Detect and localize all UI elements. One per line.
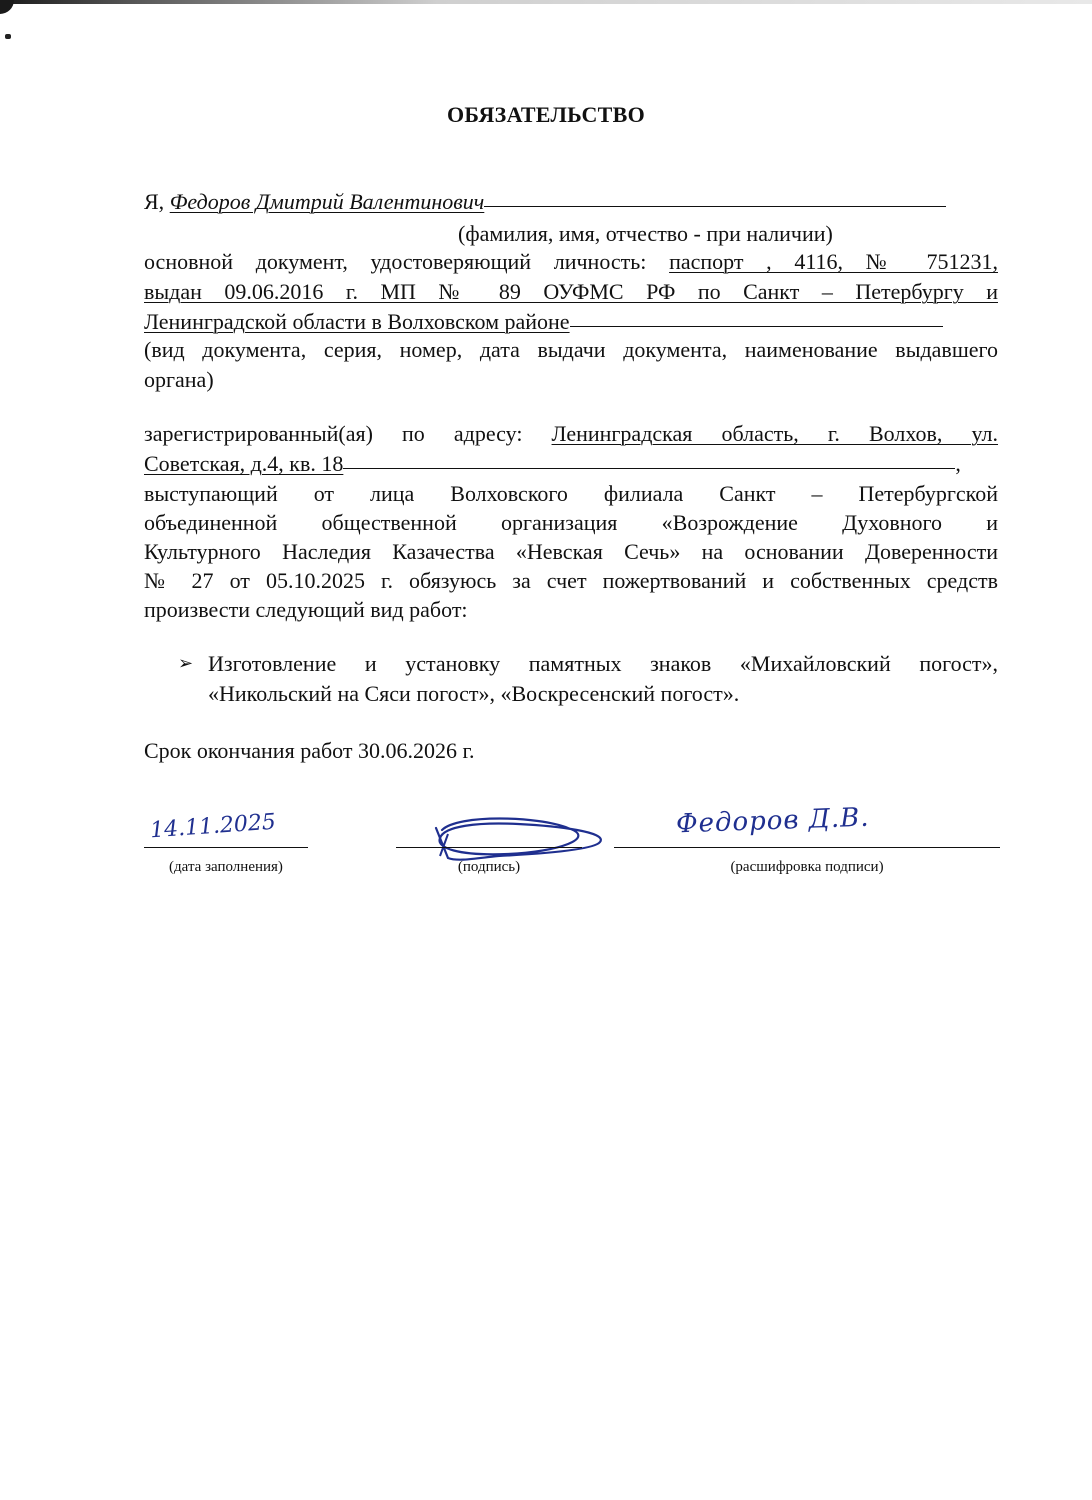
date-field: 14.11.2025 (дата заполнения): [144, 800, 308, 880]
name-fill-line: [484, 205, 946, 207]
address-fill-line: [343, 467, 955, 469]
identity-lead: основной документ, удостоверяющий личнос…: [144, 249, 646, 274]
scan-top-edge: [0, 0, 1092, 4]
handwritten-name-transcript: Федоров Д.В.: [676, 803, 871, 840]
identity-value-1: паспорт , 4116, № 751231,: [669, 249, 998, 274]
address-value-1: Ленинградская область, г. Волхов, ул.: [552, 421, 998, 446]
transcript-caption: (расшифровка подписи): [614, 859, 1000, 876]
address-line-2: Советская, д.4, кв. 18,: [144, 448, 998, 479]
handwritten-date: 14.11.2025: [149, 810, 276, 844]
address-lead: зарегистрированный(ая) по адресу:: [144, 421, 522, 446]
date-underline: [144, 847, 308, 848]
date-caption: (дата заполнения): [144, 859, 308, 876]
body-line-4: № 27 от 05.10.2025 г. обязуюсь за счет п…: [144, 565, 998, 596]
person-caption: (фамилия, имя, отчество - при наличии): [458, 218, 998, 249]
body-line-5: произвести следующий вид работ:: [144, 594, 998, 625]
person-prefix: Я,: [144, 189, 164, 214]
handwritten-signature-icon: [418, 808, 618, 864]
work-item-line-1: Изготовление и установку памятных знаков…: [208, 648, 998, 679]
arrow-bullet-icon: ➢: [178, 648, 193, 679]
transcript-underline: [614, 847, 1000, 848]
person-name-line: Я, Федоров Дмитрий Валентинович: [144, 186, 998, 217]
address-value-2: Советская, д.4, кв. 18: [144, 451, 343, 476]
signature-row: 14.11.2025 (дата заполнения) (подпись) Ф…: [144, 800, 1000, 880]
address-line-1: зарегистрированный(ая) по адресу: Ленинг…: [144, 418, 998, 449]
document-title: ОБЯЗАТЕЛЬСТВО: [0, 102, 1092, 128]
address-trailing-comma: ,: [955, 451, 961, 476]
work-item-line-2: «Никольский на Сяси погост», «Воскресенс…: [208, 678, 998, 709]
identity-line-1: основной документ, удостоверяющий личнос…: [144, 246, 998, 277]
scan-corner-shadow: [0, 0, 14, 14]
identity-fill-line: [570, 325, 943, 327]
identity-caption-1: (вид документа, серия, номер, дата выдач…: [144, 334, 998, 365]
identity-value-3: Ленинградской области в Волховском район…: [144, 309, 570, 334]
body-line-2: объединенной общественной организация «В…: [144, 507, 998, 538]
body-line-3: Культурного Наследия Казачества «Невская…: [144, 536, 998, 567]
identity-caption-2: органа): [144, 364, 998, 395]
body-line-1: выступающий от лица Волховского филиала …: [144, 478, 998, 509]
identity-value-2: выдан 09.06.2016 г. МП № 89 ОУФМС РФ по …: [144, 276, 998, 307]
transcript-field: Федоров Д.В. (расшифровка подписи): [614, 800, 1000, 880]
identity-line-3: Ленинградской области в Волховском район…: [144, 306, 998, 337]
signature-underline: [396, 847, 582, 848]
deadline-text: Срок окончания работ 30.06.2026 г.: [144, 735, 998, 766]
scan-speck: [5, 34, 11, 39]
person-full-name: Федоров Дмитрий Валентинович: [170, 189, 485, 214]
signature-caption: (подпись): [396, 859, 582, 876]
signature-field: (подпись): [396, 800, 582, 880]
